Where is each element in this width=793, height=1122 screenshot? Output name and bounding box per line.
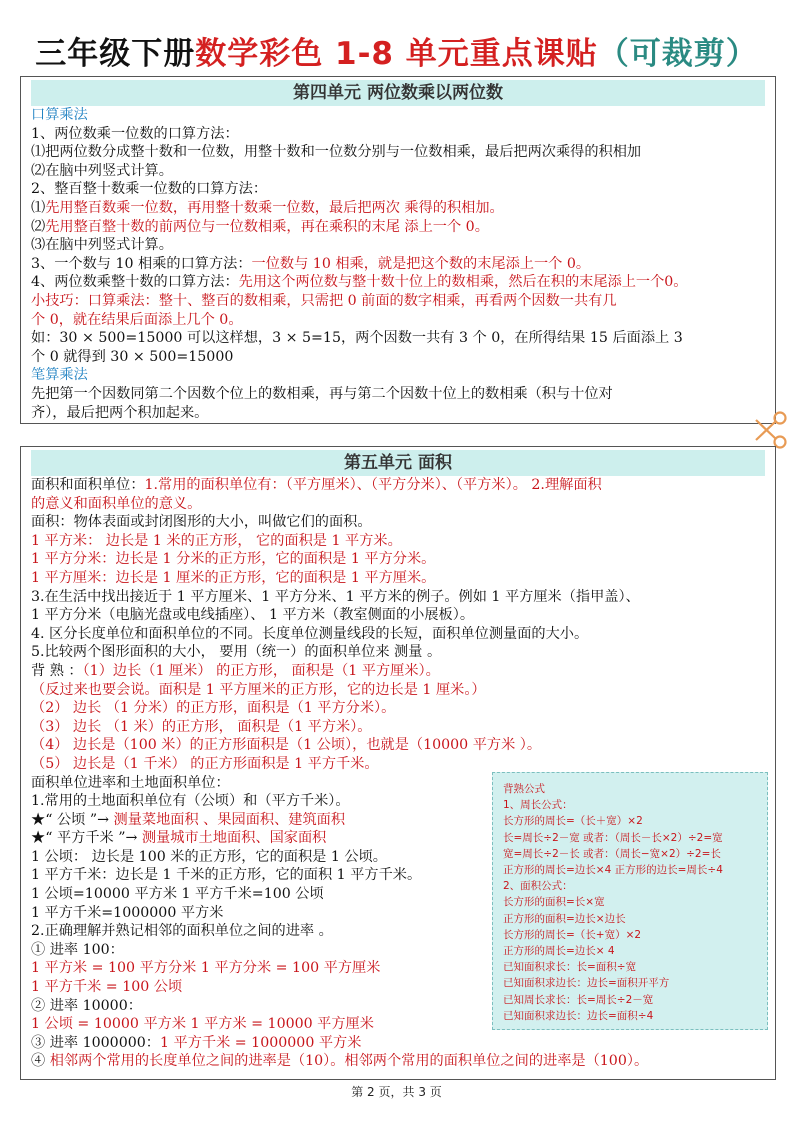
unit5-heading: 第五单元 面积 <box>31 450 765 476</box>
unit5-line: ④ 相邻两个常用的长度单位之间的进率是（10）。相邻两个常用的面积单位之间的进率… <box>31 1052 765 1071</box>
text-segment: 1 公顷 = 10000 平方米 1 平方米 = 10000 平方厘米 <box>31 1016 374 1032</box>
unit5-line: ③ 进率 1000000：1 平方千米 = 1000000 平方米 <box>31 1034 765 1053</box>
text-segment: 如：30 × 500=15000 可以这样想，3 × 5=15，两个因数一共有 … <box>31 330 683 346</box>
text-segment: 3、一个数与 10 相乘的口算方法： <box>31 256 252 272</box>
text-segment: （5） 边长是（1 千米） 的正方形面积是 1 平方千米。 <box>31 756 379 772</box>
text-segment: 先把第一个因数同第二个因数个位上的数相乘，再与第二个因数十位上的数相乘（积与十位… <box>31 386 613 402</box>
text-segment: 1 平方千米=1000000 平方米 <box>31 905 223 921</box>
unit4-line: 个 0 就得到 30 × 500=15000 <box>31 348 765 367</box>
formula-line: 已知周长求长：长=周长÷2－宽 <box>503 992 757 1008</box>
unit4-line: ⑵在脑中列竖式计算。 <box>31 162 765 181</box>
unit5-line: 5.比较两个图形面积的大小， 要用（统一）的面积单位来 测量 。 <box>31 643 765 662</box>
text-segment: ⑶在脑中列竖式计算。 <box>31 237 173 253</box>
text-segment: 测量城市土地面积、国家面积 <box>142 830 326 846</box>
unit5-line: 3.在生活中找出接近于 1 平方厘米、1 平方分米、1 平方米的例子。例如 1 … <box>31 588 765 607</box>
text-segment: 面积单位进率和土地面积单位： <box>31 775 230 791</box>
text-segment: 背 熟 ： <box>31 663 83 679</box>
formula-line: 已知面积求边长：边长=面积开平方 <box>503 975 757 991</box>
text-segment: 先用整百整十数的前两位与一位数相乘，再在乘积的末尾 添上一个 0。 <box>45 219 489 235</box>
formula-line: 2、面积公式： <box>503 878 757 894</box>
text-segment: 4、两位数乘整十数的口算方法： <box>31 274 239 290</box>
text-segment: （3） 边长 （1 米）的正方形， 面积是（1 平方米）。 <box>31 719 371 735</box>
unit5-line: 的意义和面积单位的意义。 <box>31 495 765 514</box>
unit4-line: ⑵先用整百整十数的前两位与一位数相乘，再在乘积的末尾 添上一个 0。 <box>31 218 765 237</box>
text-segment: 笔算乘法 <box>31 367 88 383</box>
text-segment: ⑴把两位数分成整十数和一位数，用整十数和一位数分别与一位数相乘，最后把两次乘得的… <box>31 144 641 160</box>
title-grade: 三年级下册 <box>35 36 195 72</box>
unit4-card: 第四单元 两位数乘以两位数 口算乘法1、两位数乘一位数的口算方法：⑴把两位数分成… <box>20 76 776 424</box>
text-segment: ★“ 平方千米 ”→ <box>31 830 142 846</box>
text-segment: 1.常用的面积单位有：（平方厘米）、（平方分米）、（平方米）。 2.理解面积 <box>145 477 602 493</box>
text-segment: 4. 区分长度单位和面积单位的不同。长度单位测量线段的长短，面积单位测量面的大小… <box>31 626 588 642</box>
unit4-line: 先把第一个因数同第二个因数个位上的数相乘，再与第二个因数十位上的数相乘（积与十位… <box>31 385 765 404</box>
formula-line: 1、周长公式： <box>503 797 757 813</box>
unit4-line: 个 0，就在结果后面添上几个 0。 <box>31 311 765 330</box>
unit5-line: （3） 边长 （1 米）的正方形， 面积是（1 平方米）。 <box>31 718 765 737</box>
formula-line: 宽=周长÷2－长 或者：（周长−宽×2）÷2=长 <box>503 846 757 862</box>
text-segment: 一位数与 10 相乘，就是把这个数的末尾添上一个 0。 <box>252 256 591 272</box>
text-segment: 2.正确理解并熟记相邻的面积单位之间的进率 。 <box>31 923 333 939</box>
text-segment: 相邻两个常用的长度单位之间的进率是（10）。相邻两个常用的面积单位之间的进率是（… <box>50 1053 648 1069</box>
text-segment: 先用这个两位数与整十数十位上的数相乘，然后在积的末尾添上一个0。 <box>239 274 688 290</box>
text-segment: 口算乘法 <box>31 107 88 123</box>
formula-line: 正方形的面积=边长×边长 <box>503 911 757 927</box>
text-segment: 测量菜地面积 、果园面积、建筑面积 <box>114 812 346 828</box>
text-segment: 1 平方米 = 100 平方分米 1 平方分米 = 100 平方厘米 <box>31 960 380 976</box>
unit4-line: 3、一个数与 10 相乘的口算方法：一位数与 10 相乘，就是把这个数的末尾添上… <box>31 255 765 274</box>
unit5-line: 1 平方厘米：边长是 1 厘米的正方形，它的面积是 1 平方厘米。 <box>31 569 765 588</box>
scissors-icon <box>752 410 788 450</box>
formula-box: 背熟公式1、周长公式：长方形的周长=（长＋宽）×2长=周长÷2－宽 或者：（周长… <box>492 772 768 1030</box>
unit4-line: ⑶在脑中列竖式计算。 <box>31 236 765 255</box>
text-segment: ⑴ <box>31 200 45 216</box>
unit4-line: 如：30 × 500=15000 可以这样想，3 × 5=15，两个因数一共有 … <box>31 329 765 348</box>
unit5-line: （4） 边长是（100 米）的正方形面积是（1 公顷），也就是（10000 平方… <box>31 736 765 755</box>
text-segment: 1 平方千米 = 1000000 平方米 <box>160 1035 361 1051</box>
text-segment: 小技巧：口算乘法：整十、整百的数相乘，只需把 0 前面的数字相乘，再看两个因数一… <box>31 293 617 309</box>
unit4-line: 2、整百整十数乘一位数的口算方法： <box>31 180 765 199</box>
text-segment: ③ 进率 1000000： <box>31 1035 160 1051</box>
unit4-line: 小技巧：口算乘法：整十、整百的数相乘，只需把 0 前面的数字相乘，再看两个因数一… <box>31 292 765 311</box>
unit5-line: 4. 区分长度单位和面积单位的不同。长度单位测量线段的长短，面积单位测量面的大小… <box>31 625 765 644</box>
formula-line: 已知面积求边长：边长=面积÷4 <box>503 1008 757 1024</box>
text-segment: 3.在生活中找出接近于 1 平方厘米、1 平方分米、1 平方米的例子。例如 1 … <box>31 589 640 605</box>
text-segment: 先用整百数乘一位数，再用整十数乘一位数，最后把两次 乘得的积相加。 <box>45 200 504 216</box>
formula-line: 长方形的周长=（长+宽）×2 <box>503 927 757 943</box>
unit4-heading: 第四单元 两位数乘以两位数 <box>31 80 765 106</box>
formula-line: 已知面积求长：长=面积÷宽 <box>503 959 757 975</box>
text-segment: ★“ 公顷 ”→ <box>31 812 114 828</box>
formula-line: 背熟公式 <box>503 781 757 797</box>
unit5-line: （反过来也要会说。面积是 1 平方厘米的正方形，它的边长是 1 厘米。） <box>31 681 765 700</box>
page-number: 第 2 页，共 3 页 <box>0 1083 793 1100</box>
unit4-line: 4、两位数乘整十数的口算方法：先用这个两位数与整十数十位上的数相乘，然后在积的末… <box>31 273 765 292</box>
text-segment: ① 进率 100： <box>31 942 124 958</box>
text-segment: 的意义和面积单位的意义。 <box>31 496 201 512</box>
text-segment: 1 平方分米（电脑光盘或电线插座）、 1 平方米（教室侧面的小展板）。 <box>31 607 474 623</box>
text-segment: ② 进率 10000： <box>31 998 142 1014</box>
text-segment: 1、两位数乘一位数的口算方法： <box>31 126 239 142</box>
text-segment: ⑵ <box>31 219 45 235</box>
text-segment: 个 0 就得到 30 × 500=15000 <box>31 349 233 365</box>
text-segment: 个 0，就在结果后面添上几个 0。 <box>31 312 243 328</box>
text-segment: 1 公顷=10000 平方米 1 平方千米=100 公顷 <box>31 886 324 902</box>
text-segment: （反过来也要会说。面积是 1 平方厘米的正方形，它的边长是 1 厘米。） <box>31 682 486 698</box>
text-segment: ⑵在脑中列竖式计算。 <box>31 163 173 179</box>
text-segment: 1 平方分米：边长是 1 分米的正方形，它的面积是 1 平方分米。 <box>31 551 435 567</box>
text-segment: 齐），最后把两个积加起来。 <box>31 405 208 421</box>
text-segment: 1.常用的土地面积单位有（公顷）和（平方千米）。 <box>31 793 350 809</box>
formula-line: 正方形的周长=边长× 4 <box>503 943 757 959</box>
unit5-line: 1 平方米： 边长是 1 米的正方形， 它的面积是 1 平方米。 <box>31 532 765 551</box>
text-segment: 1 平方厘米：边长是 1 厘米的正方形，它的面积是 1 平方厘米。 <box>31 570 435 586</box>
unit5-line: 面积和面积单位：1.常用的面积单位有：（平方厘米）、（平方分米）、（平方米）。 … <box>31 476 765 495</box>
unit4-content: 口算乘法1、两位数乘一位数的口算方法：⑴把两位数分成整十数和一位数，用整十数和一… <box>21 106 775 422</box>
unit5-line: 1 平方分米：边长是 1 分米的正方形，它的面积是 1 平方分米。 <box>31 550 765 569</box>
unit5-line: 面积：物体表面或封闭图形的大小，叫做它们的面积。 <box>31 513 765 532</box>
text-segment: 1 公顷： 边长是 100 米的正方形，它的面积是 1 公顷。 <box>31 849 387 865</box>
text-segment: 面积和面积单位： <box>31 477 145 493</box>
title-subject: 数学彩色 1-8 单元重点课贴 <box>195 36 598 72</box>
text-segment: ④ <box>31 1053 50 1069</box>
text-segment: 面积：物体表面或封闭图形的大小，叫做它们的面积。 <box>31 514 372 530</box>
page-title: 三年级下册数学彩色 1-8 单元重点课贴（可裁剪） <box>0 34 793 74</box>
text-segment: 1 平方米： 边长是 1 米的正方形， 它的面积是 1 平方米。 <box>31 533 402 549</box>
formula-line: 长方形的周长=（长＋宽）×2 <box>503 813 757 829</box>
title-note: （可裁剪） <box>598 36 758 72</box>
formula-line: 长=周长÷2－宽 或者：（周长－长×2）÷2=宽 <box>503 830 757 846</box>
unit4-line: ⑴把两位数分成整十数和一位数，用整十数和一位数分别与一位数相乘，最后把两次乘得的… <box>31 143 765 162</box>
unit4-line: 笔算乘法 <box>31 366 765 385</box>
formula-line: 长方形的面积=长×宽 <box>503 894 757 910</box>
text-segment: （4） 边长是（100 米）的正方形面积是（1 公顷），也就是（10000 平方… <box>31 737 541 753</box>
unit5-line: 背 熟 ：（1）边长（1 厘米） 的正方形， 面积是（1 平方厘米）。 <box>31 662 765 681</box>
formula-line: 正方形的周长=边长×4 正方形的边长=周长÷4 <box>503 862 757 878</box>
text-segment: 5.比较两个图形面积的大小， 要用（统一）的面积单位来 测量 。 <box>31 644 441 660</box>
unit4-line: 1、两位数乘一位数的口算方法： <box>31 125 765 144</box>
unit5-line: （5） 边长是（1 千米） 的正方形面积是 1 平方千米。 <box>31 755 765 774</box>
unit4-line: 口算乘法 <box>31 106 765 125</box>
text-segment: 1 平方千米 = 100 公顷 <box>31 979 182 995</box>
unit5-line: （2） 边长 （1 分米）的正方形，面积是（1 平方分米）。 <box>31 699 765 718</box>
unit4-line: ⑴先用整百数乘一位数，再用整十数乘一位数，最后把两次 乘得的积相加。 <box>31 199 765 218</box>
text-segment: （1）边长（1 厘米） 的正方形， 面积是（1 平方厘米）。 <box>83 663 440 679</box>
text-segment: 1 平方千米：边长是 1 千米的正方形，它的面积 1 平方千米。 <box>31 867 421 883</box>
text-segment: （2） 边长 （1 分米）的正方形，面积是（1 平方分米）。 <box>31 700 395 716</box>
text-segment: 2、整百整十数乘一位数的口算方法： <box>31 181 267 197</box>
unit5-line: 1 平方分米（电脑光盘或电线插座）、 1 平方米（教室侧面的小展板）。 <box>31 606 765 625</box>
unit4-line: 齐），最后把两个积加起来。 <box>31 404 765 423</box>
